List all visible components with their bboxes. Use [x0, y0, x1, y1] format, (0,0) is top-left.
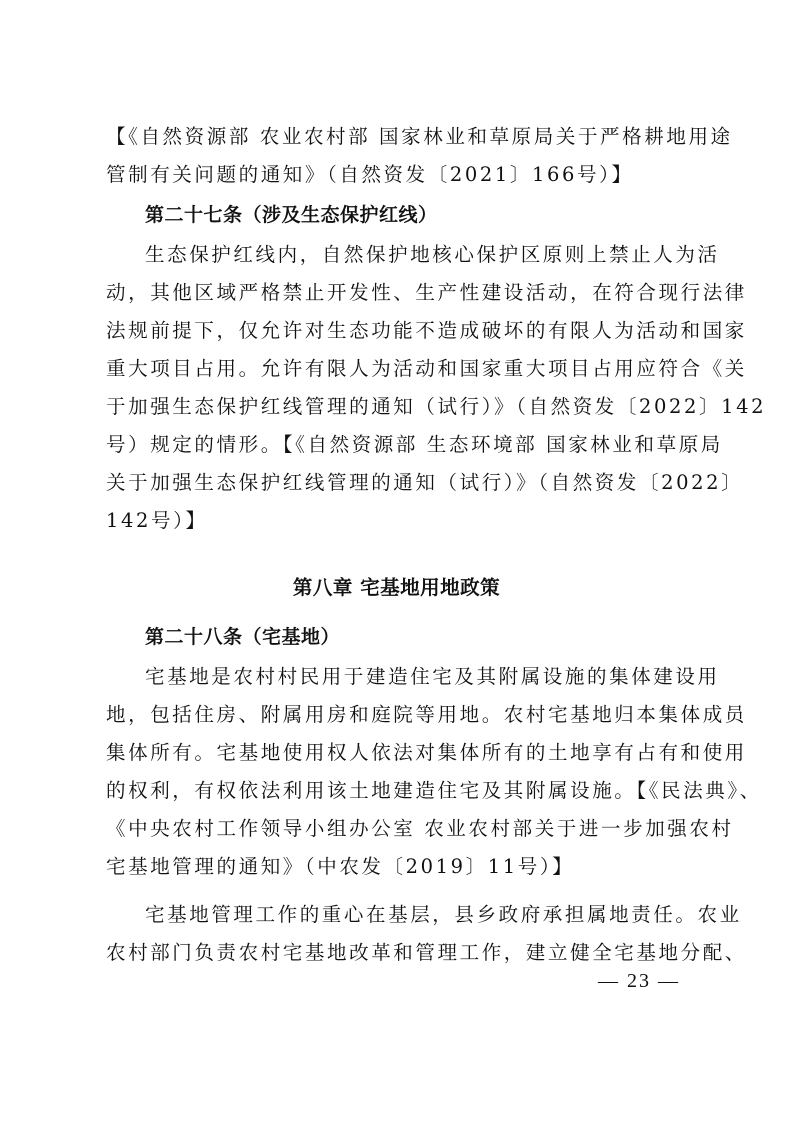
article-heading: 第二十八条（宅基地）: [145, 625, 690, 649]
document-page: 【《自然资源部 农业农村部 国家林业和草原局关于严格耕地用途管制有关问题的通知》…: [0, 0, 793, 1122]
text-line: 地，包括住房、附属用房和庭院等用地。农村宅基地归本集体成员: [106, 703, 690, 727]
article-heading: 第二十七条（涉及生态保护红线）: [145, 203, 690, 227]
text-line: 动，其他区域严格禁止开发性、生产性建设活动，在符合现行法律: [106, 281, 690, 305]
page-number: — 23 —: [598, 970, 680, 993]
text-line: 【《自然资源部 农业农村部 国家林业和草原局关于严格耕地用途: [106, 125, 690, 149]
text-line: 重大项目占用。允许有限人为活动和国家重大项目占用应符合《关: [106, 357, 690, 381]
text-line: 农村部门负责农村宅基地改革和管理工作，建立健全宅基地分配、: [106, 941, 690, 965]
text-line: 关于加强生态保护红线管理的通知（试行）》（自然资发〔2022〕: [106, 471, 690, 495]
text-line: 管制有关问题的通知》（自然资发〔2021〕166号）】: [106, 163, 690, 187]
text-line: 的权利，有权依法利用该土地建造住宅及其附属设施。【《民法典》、: [106, 779, 690, 803]
text-line: 法规前提下，仅允许对生态功能不造成破坏的有限人为活动和国家: [106, 319, 690, 343]
text-line: 142号）】: [106, 509, 690, 533]
text-line: 宅基地是农村村民用于建造住宅及其附属设施的集体建设用: [145, 665, 690, 689]
chapter-heading: 第八章 宅基地用地政策: [0, 572, 793, 600]
text-line: 号）规定的情形。【《自然资源部 生态环境部 国家林业和草原局: [106, 433, 690, 457]
text-line: 宅基地管理的通知》（中农发〔2019〕11号）】: [106, 855, 690, 879]
text-line: 《中央农村工作领导小组办公室 农业农村部关于进一步加强农村: [106, 817, 690, 841]
text-line: 生态保护红线内，自然保护地核心保护区原则上禁止人为活: [145, 243, 690, 267]
text-line: 于加强生态保护红线管理的通知（试行）》（自然资发〔2022〕142: [106, 395, 690, 419]
text-line: 集体所有。宅基地使用权人依法对集体所有的土地享有占有和使用: [106, 741, 690, 765]
text-line: 宅基地管理工作的重心在基层，县乡政府承担属地责任。农业: [145, 903, 690, 927]
